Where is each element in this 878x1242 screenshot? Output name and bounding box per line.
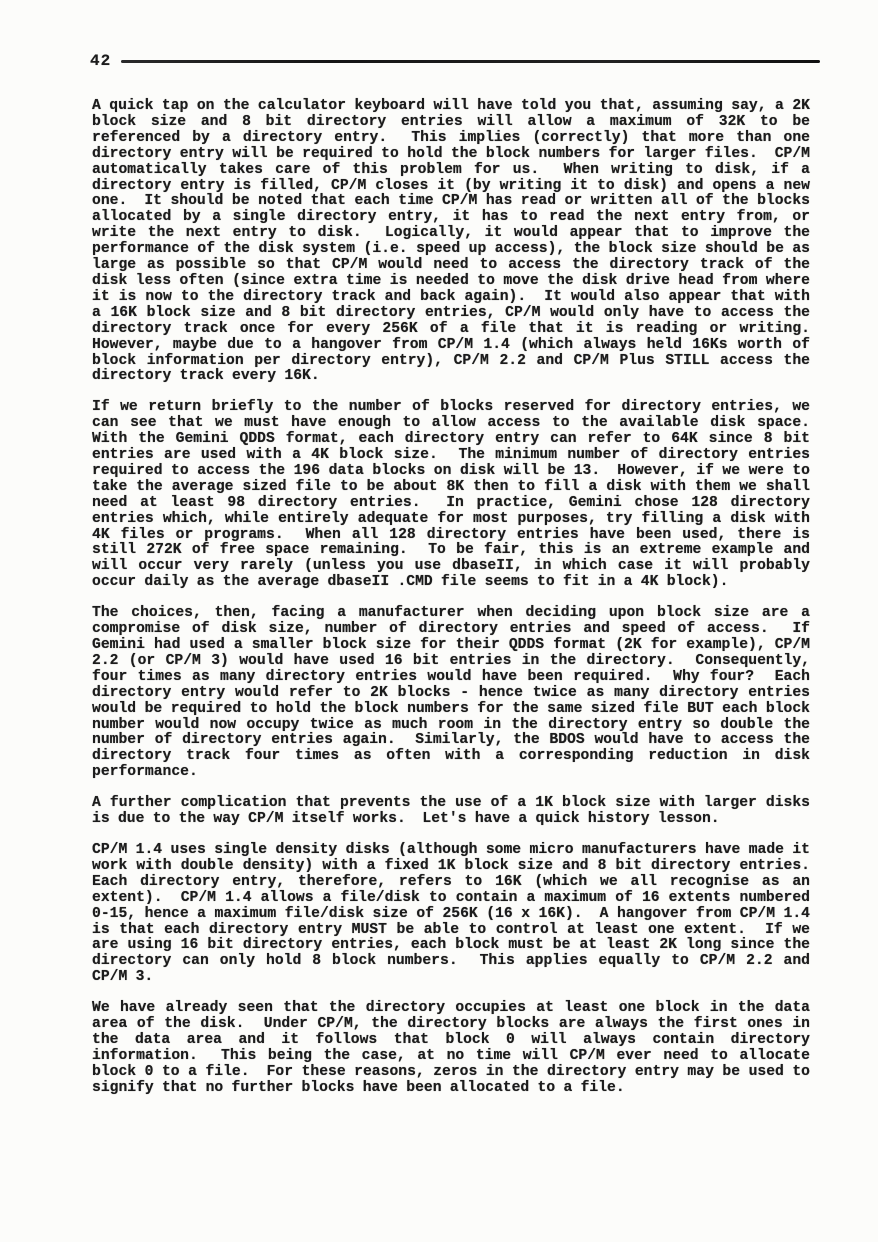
page-header: 42 bbox=[90, 52, 820, 70]
paragraph-cpm-14-history: CP/M 1.4 uses single density disks (alth… bbox=[92, 843, 810, 986]
body-text: A quick tap on the calculator keyboard w… bbox=[92, 99, 810, 1112]
paragraph-block-zero: We have already seen that the directory … bbox=[92, 1001, 810, 1096]
page-number: 42 bbox=[90, 52, 111, 70]
header-rule bbox=[121, 60, 820, 63]
paragraph-manufacturer-choices: The choices, then, facing a manufacturer… bbox=[92, 606, 810, 781]
scanned-document-page: 42 A quick tap on the calculator keyboar… bbox=[0, 0, 878, 1242]
paragraph-directory-entries: If we return briefly to the number of bl… bbox=[92, 400, 810, 591]
paragraph-further-complication: A further complication that prevents the… bbox=[92, 796, 810, 828]
paragraph-block-size-intro: A quick tap on the calculator keyboard w… bbox=[92, 99, 810, 385]
